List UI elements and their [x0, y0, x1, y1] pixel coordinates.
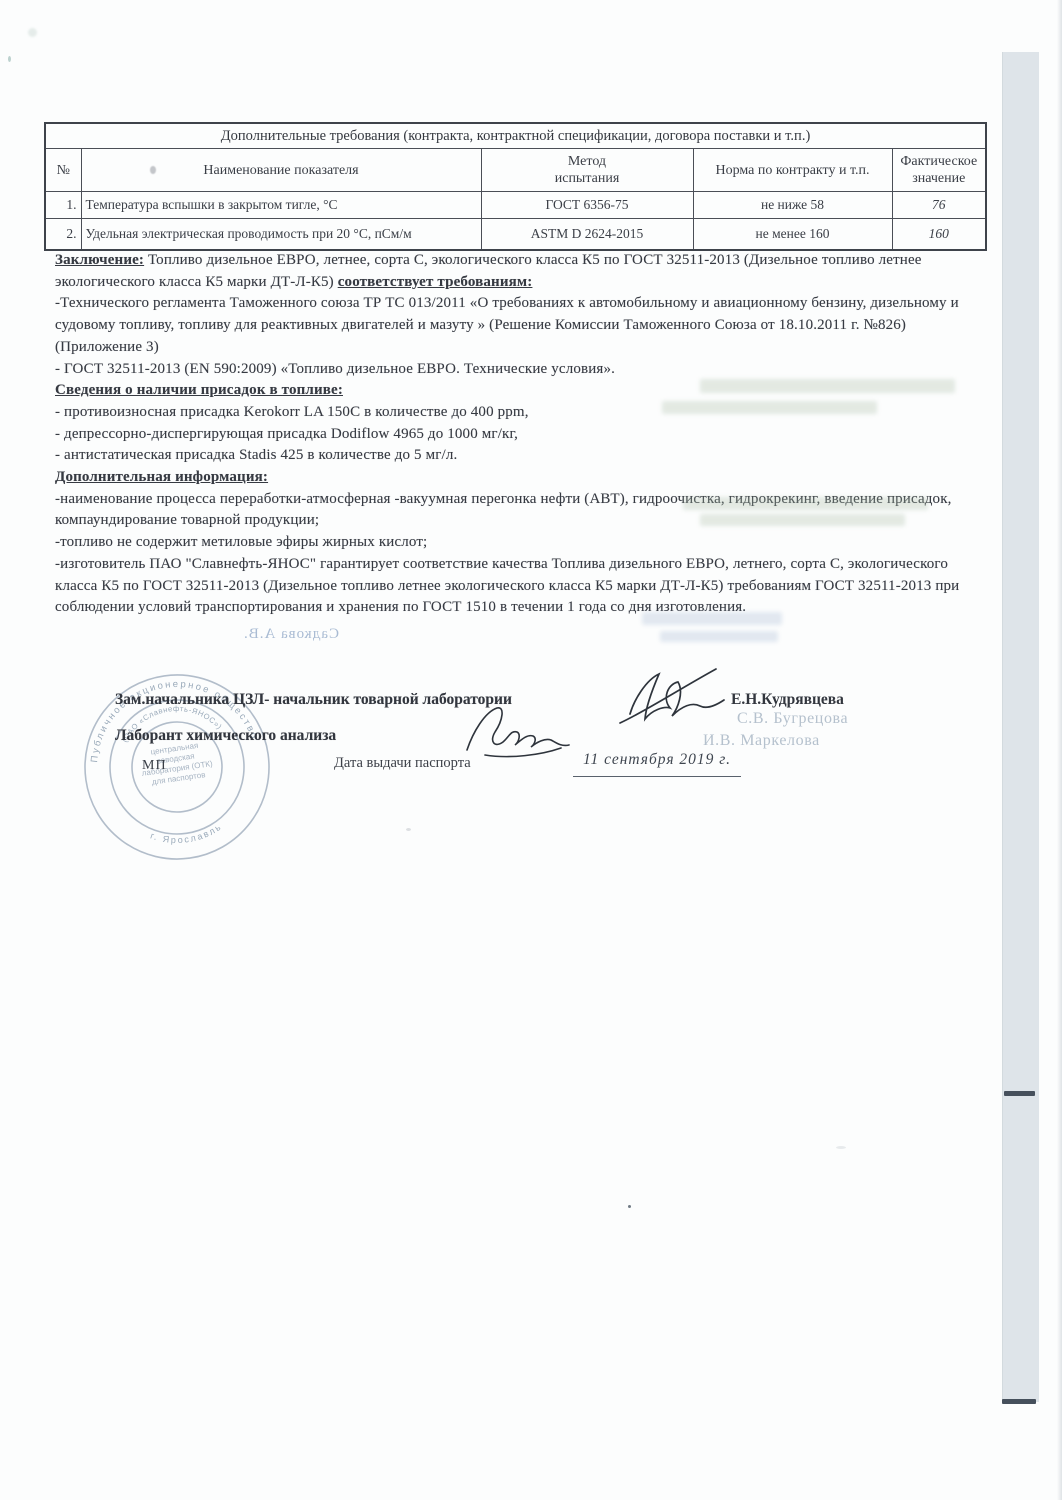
row-number: 2.	[45, 219, 81, 251]
table-row: 2. Удельная электрическая проводимость п…	[45, 219, 986, 251]
column-header-actual: Фактическое значение	[892, 149, 986, 192]
bleedthrough-name-2: И.В. Маркелова	[703, 732, 820, 750]
additive-item: - депрессорно-диспергирующая присадка Do…	[55, 424, 967, 446]
scan-speck	[628, 1205, 631, 1208]
table-row: 1. Температура вспышки в закрытом тигле,…	[45, 192, 986, 219]
bleedthrough-smudge	[662, 401, 877, 414]
table-header-row: № Наименование показателя Метод испытани…	[45, 149, 986, 192]
column-header-name: Наименование показателя	[81, 149, 481, 192]
bleedthrough-name-1: С.В. Бугрецова	[737, 710, 848, 728]
additional-info-heading: Дополнительная информация:	[55, 467, 967, 489]
column-header-method: Метод испытания	[481, 149, 693, 192]
document-body-text: Заключение: Топливо дизельное ЕВРО, летн…	[55, 250, 967, 619]
scan-speck	[836, 1146, 846, 1149]
handwritten-signature-2	[455, 698, 580, 760]
handwritten-signature-1	[612, 662, 742, 732]
svg-text:г. Ярославль: г. Ярославль	[148, 821, 226, 850]
bleedthrough-smudge	[642, 612, 782, 625]
bleedthrough-smudge	[700, 514, 905, 526]
scan-speck	[8, 56, 11, 62]
signatory-title-1: Зам.начальника ЦЗЛ- начальник товарной л…	[115, 691, 512, 709]
regulation-item: -Технического регламента Таможенного сою…	[55, 293, 967, 358]
requirements-label: соответствует требованиям:	[338, 274, 533, 290]
column-header-actual-label: Фактическое значение	[897, 153, 982, 187]
column-header-norm: Норма по контракту и т.п.	[693, 149, 892, 192]
row-norm: не менее 160	[693, 219, 892, 251]
table-title-row: Дополнительные требования (контракта, ко…	[45, 123, 986, 149]
bleedthrough-smudge	[660, 631, 778, 642]
row-parameter-name: Температура вспышки в закрытом тигле, °С	[81, 192, 481, 219]
row-norm: не ниже 58	[693, 192, 892, 219]
signatory-title-2: Лаборант химического анализа	[115, 727, 336, 745]
row-method: ASTM D 2624-2015	[481, 219, 693, 251]
info-item: -изготовитель ПАО "Славнефть-ЯНОС" гаран…	[55, 554, 967, 619]
row-parameter-name: Удельная электрическая проводимость при …	[81, 219, 481, 251]
passport-issue-date-label: Дата выдачи паспорта	[334, 755, 471, 772]
scanned-fuel-passport-page: Дополнительные требования (контракта, ко…	[0, 0, 1062, 1500]
additive-item: - антистатическая присадка Stadis 425 в …	[55, 445, 967, 467]
scan-edge-strip	[1002, 52, 1039, 1402]
mp-label: МП	[142, 758, 167, 774]
signatory-name-1: Е.Н.Кудрявцева	[731, 691, 844, 709]
conclusion-label: Заключение:	[55, 252, 144, 268]
stamp-city-text: г. Ярославль	[148, 821, 226, 850]
scan-artifact-dash-bottom	[1002, 1399, 1036, 1404]
bleedthrough-smudge	[700, 379, 955, 393]
table-title: Дополнительные требования (контракта, ко…	[45, 123, 986, 149]
bleedthrough-smudge	[683, 497, 928, 510]
scan-speck	[28, 28, 37, 37]
page-edge-shadow	[1057, 0, 1062, 1500]
additional-requirements-table: Дополнительные требования (контракта, ко…	[44, 122, 987, 251]
row-actual-value: 76	[892, 192, 986, 219]
column-header-num: №	[45, 149, 81, 192]
scan-speck	[406, 828, 411, 831]
scan-speck	[150, 166, 156, 174]
info-item: -топливо не содержит метиловые эфиры жир…	[55, 532, 967, 554]
scan-artifact-dash-top	[1004, 1091, 1035, 1096]
column-header-method-label: Метод испытания	[541, 153, 633, 187]
bleedthrough-mirrored-name: Садкова А.В.	[243, 626, 339, 643]
round-laboratory-stamp: Публичное акционерное общество г. Яросла…	[62, 652, 292, 882]
gost-item: - ГОСТ 32511-2013 (EN 590:2009) «Топливо…	[55, 359, 967, 381]
row-number: 1.	[45, 192, 81, 219]
row-actual-value: 160	[892, 219, 986, 251]
passport-issue-date-value: 11 сентября 2019 г.	[573, 751, 741, 777]
conclusion-paragraph: Заключение: Топливо дизельное ЕВРО, летн…	[55, 250, 967, 293]
row-method: ГОСТ 6356-75	[481, 192, 693, 219]
